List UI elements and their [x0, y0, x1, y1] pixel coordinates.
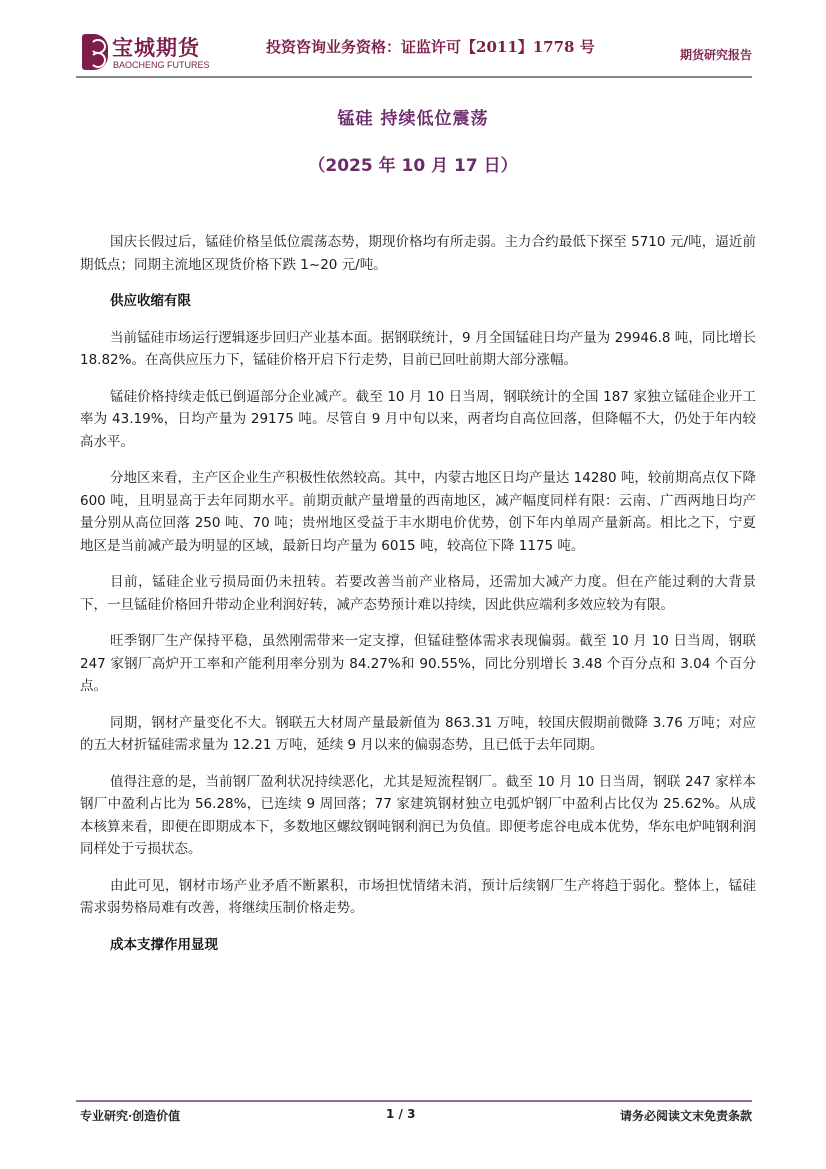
- logo-english-name: BAOCHENG FUTURES: [113, 60, 210, 70]
- page-footer: 专业研究·创造价值 1 / 3 请务必阅读文末免责条款: [80, 1107, 752, 1127]
- section-heading-cost: 成本支撑作用显现: [110, 934, 756, 957]
- paragraph-steel-profit: 值得注意的是，当前钢厂盈利状况持续恶化，尤其是短流程钢厂。截至 10 月 10 …: [80, 771, 756, 861]
- license-qualification: 投资咨询业务资格：证监许可【2011】1778 号: [266, 36, 595, 57]
- logo-chinese-name: 宝城期货: [112, 32, 200, 62]
- footer-divider: [76, 1100, 752, 1102]
- report-body: 国庆长假过后，锰硅价格呈低位震荡态势，期现价格均有所走弱。主力合约最低下探至 5…: [80, 231, 756, 970]
- paragraph-supply-logic: 当前锰硅市场运行逻辑逐步回归产业基本面。据钢联统计，9 月全国锰硅日均产量为 2…: [80, 327, 756, 372]
- report-date: （2025 年 10 月 17 日）: [0, 151, 826, 176]
- page-number: 1 / 3: [386, 1107, 415, 1121]
- logo-b-icon: [82, 34, 108, 70]
- paragraph-steel-output: 同期，钢材产量变化不大。钢联五大材周产量最新值为 863.31 万吨，较国庆假期…: [80, 712, 756, 757]
- report-type-label: 期货研究报告: [680, 46, 752, 63]
- footer-disclaimer: 请务必阅读文末免责条款: [620, 1107, 752, 1124]
- baocheng-logo: 宝城期货 BAOCHENG FUTURES: [80, 32, 210, 74]
- report-title: 锰硅 持续低位震荡: [0, 104, 826, 129]
- paragraph-conclusion: 由此可见，钢材市场产业矛盾不断累积，市场担忧情绪未消，预计后续钢厂生产将趋于弱化…: [80, 875, 756, 920]
- paragraph-intro: 国庆长假过后，锰硅价格呈低位震荡态势，期现价格均有所走弱。主力合约最低下探至 5…: [80, 231, 756, 276]
- paragraph-production-cut: 锰硅价格持续走低已倒逼部分企业减产。截至 10 月 10 日当周，钢联统计的全国…: [80, 386, 756, 454]
- page-header: 宝城期货 BAOCHENG FUTURES 投资咨询业务资格：证监许可【2011…: [80, 32, 752, 74]
- header-divider: [76, 76, 752, 78]
- paragraph-steel-demand: 旺季钢厂生产保持平稳，虽然刚需带来一定支撑，但锰硅整体需求表现偏弱。截至 10 …: [80, 630, 756, 698]
- paragraph-losses: 目前，锰硅企业亏损局面仍未扭转。若要改善当前产业格局，还需加大减产力度。但在产能…: [80, 571, 756, 616]
- paragraph-regional: 分地区来看，主产区企业生产积极性依然较高。其中，内蒙古地区日均产量达 14280…: [80, 467, 756, 557]
- footer-slogan: 专业研究·创造价值: [80, 1107, 180, 1124]
- section-heading-supply: 供应收缩有限: [110, 290, 756, 313]
